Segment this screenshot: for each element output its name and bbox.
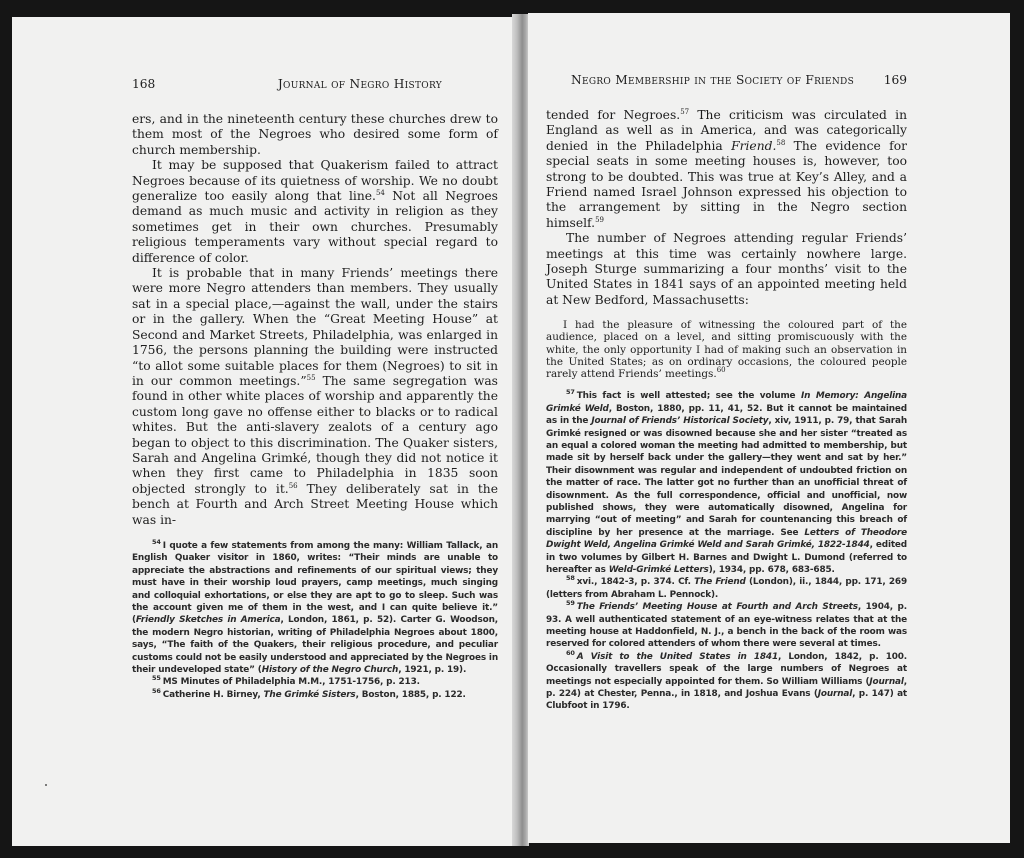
- right-page-content: Negro Membership in the Society of Frien…: [546, 73, 907, 713]
- italic-text: A Visit to the United States in 1841: [577, 652, 778, 662]
- left-footnotes: 54I quote a few statements from among th…: [132, 540, 498, 701]
- footnote-ref[interactable]: 56: [289, 482, 298, 490]
- page-number-left: 168: [132, 77, 155, 91]
- text-run: , Boston, 1885, p. 122.: [356, 690, 466, 700]
- italic-text: The Friends’ Meeting House at Fourth and…: [577, 602, 858, 612]
- italic-text: Journal: [869, 677, 903, 687]
- text-run: xvi., 1842-3, p. 374. Cf.: [577, 577, 694, 587]
- page-number-right: 169: [884, 73, 907, 87]
- footnote: 58xvi., 1842-3, p. 374. Cf. The Friend (…: [546, 576, 907, 601]
- text-run: , xiv, 1911, p. 79, that Sarah Grimké re…: [546, 416, 907, 538]
- running-head-title-left: Journal of Negro History: [278, 77, 442, 91]
- footnote-number: 59: [566, 599, 575, 607]
- right-body-text: tended for Negroes.57 The criticism was …: [546, 108, 907, 308]
- footnote: 56Catherine H. Birney, The Grimké Sister…: [132, 689, 498, 701]
- left-running-head: 168 Journal of Negro History: [132, 77, 498, 97]
- paragraph: tended for Negroes.57 The criticism was …: [546, 108, 907, 231]
- italic-text: Journal: [818, 689, 852, 699]
- footnote-number: 56: [152, 687, 161, 695]
- right-footnotes: 57This fact is well attested; see the vo…: [546, 390, 907, 713]
- italic-text: The Friend: [694, 577, 746, 587]
- footnote: 57This fact is well attested; see the vo…: [546, 390, 907, 576]
- left-page: 168 Journal of Negro History ers, and in…: [12, 17, 515, 846]
- right-running-head: Negro Membership in the Society of Frien…: [546, 73, 907, 93]
- footnote-number: 57: [566, 388, 575, 396]
- paragraph: It is probable that in many Friends’ mee…: [132, 266, 498, 528]
- footnote-ref[interactable]: 60: [717, 366, 726, 374]
- text-run: This fact is well attested; see the volu…: [577, 391, 801, 401]
- italic-text: Weld-Grimké Letters: [609, 565, 709, 575]
- left-body-text: ers, and in the nineteenth century these…: [132, 112, 498, 528]
- footnote-number: 54: [152, 538, 161, 546]
- footnote-ref[interactable]: 58: [776, 139, 785, 147]
- footnote: 60A Visit to the United States in 1841, …: [546, 651, 907, 713]
- footnote-ref[interactable]: 55: [307, 374, 316, 382]
- scan-speck: [45, 784, 47, 786]
- footnote-ref[interactable]: 59: [595, 216, 604, 224]
- footnote: 54I quote a few statements from among th…: [132, 540, 498, 676]
- italic-text: Journal of Friends’ Historical Society: [591, 416, 768, 426]
- footnote-number: 55: [152, 674, 161, 682]
- italic-text: Friend.: [731, 139, 776, 153]
- quote-paragraph: I had the pleasure of witnessing the col…: [546, 319, 907, 380]
- footnote-ref[interactable]: 54: [376, 189, 385, 197]
- paragraph: The number of Negroes attending regular …: [546, 231, 907, 308]
- running-head-title-right: Negro Membership in the Society of Frien…: [571, 73, 854, 87]
- italic-text: History of the Negro Church: [262, 665, 398, 675]
- text-run: ), 1934, pp. 678, 683-685.: [709, 565, 835, 575]
- text-run: I quote a few statements from among the …: [132, 541, 498, 625]
- footnote-number: 58: [566, 574, 575, 582]
- text-run: tended for Negroes.: [546, 108, 680, 122]
- block-quote: I had the pleasure of witnessing the col…: [546, 319, 907, 380]
- left-page-content: 168 Journal of Negro History ers, and in…: [132, 77, 498, 701]
- book-gutter: [512, 14, 529, 846]
- text-run: Catherine H. Birney,: [163, 690, 264, 700]
- italic-text: Friendly Sketches in America: [136, 615, 281, 625]
- italic-text: The Grimké Sisters: [264, 690, 356, 700]
- footnote-ref[interactable]: 57: [680, 108, 689, 116]
- text-run: , 1921, p. 19).: [398, 665, 466, 675]
- text-run: MS Minutes of Philadelphia M.M., 1751-17…: [163, 677, 420, 687]
- text-run: The number of Negroes attending regular …: [546, 231, 907, 307]
- footnote: 55MS Minutes of Philadelphia M.M., 1751-…: [132, 676, 498, 688]
- footnote-number: 60: [566, 649, 575, 657]
- right-page: Negro Membership in the Society of Frien…: [528, 13, 1010, 843]
- paragraph: It may be supposed that Quakerism failed…: [132, 158, 498, 266]
- footnote: 59The Friends’ Meeting House at Fourth a…: [546, 601, 907, 651]
- paragraph: ers, and in the nineteenth century these…: [132, 112, 498, 158]
